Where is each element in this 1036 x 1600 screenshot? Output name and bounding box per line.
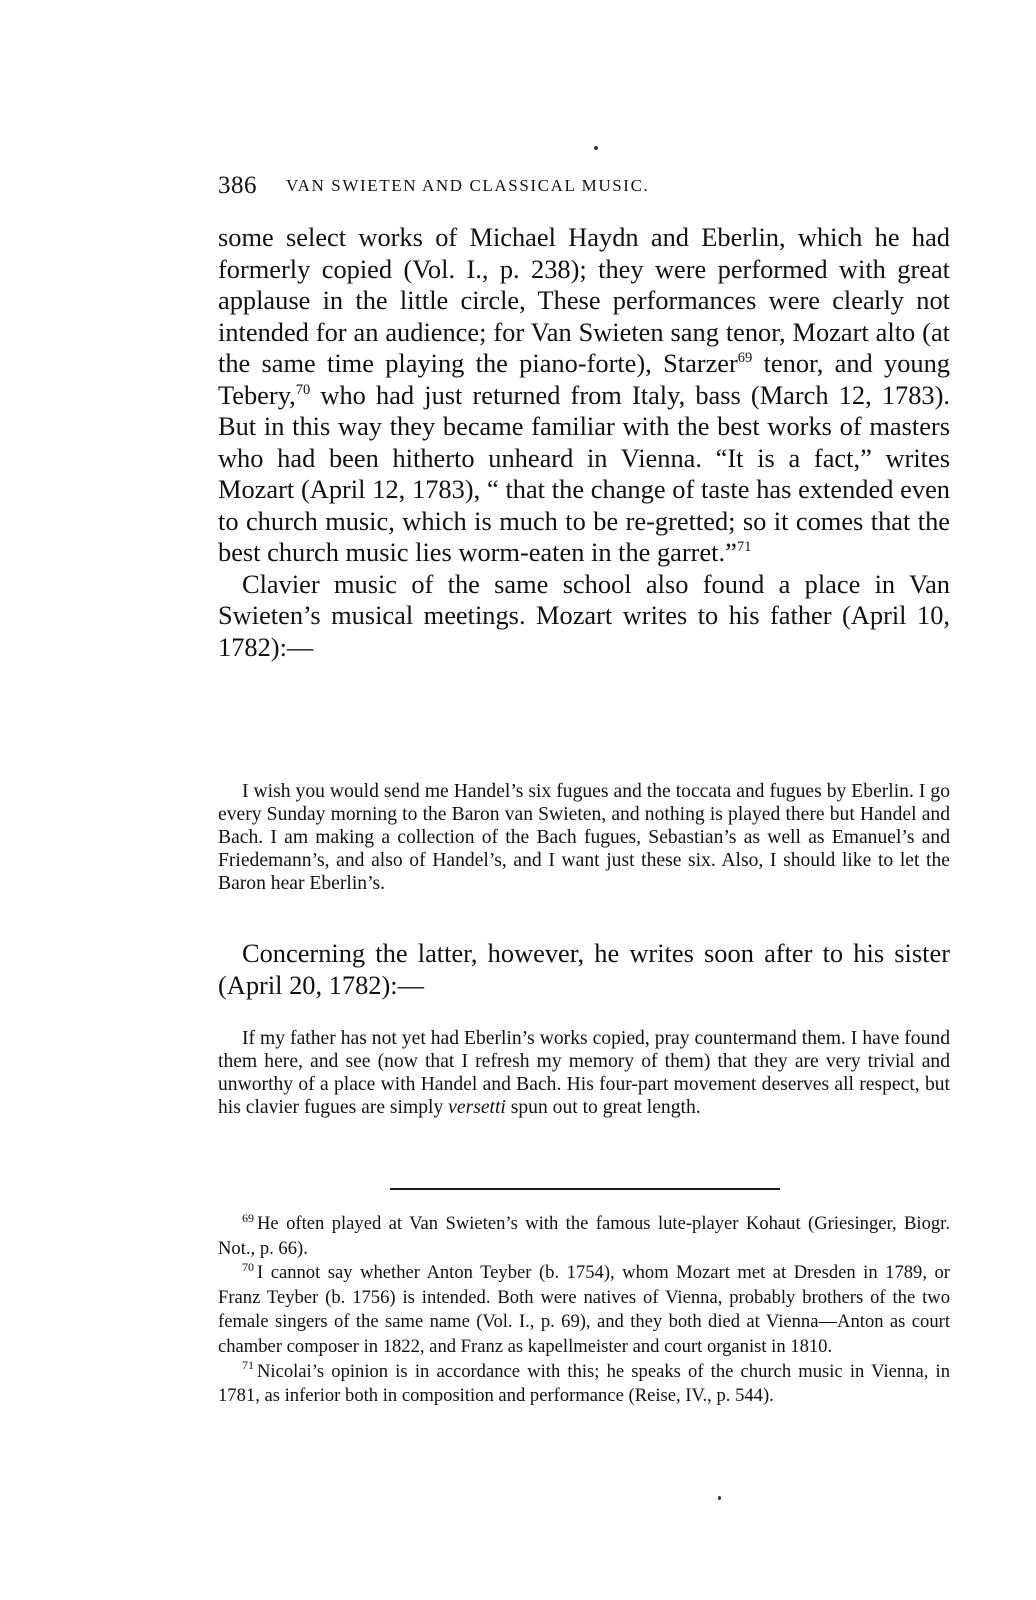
footnote-70: 70I cannot say whether Anton Teyber (b. … xyxy=(218,1261,950,1359)
scan-speck xyxy=(594,146,598,150)
footnote-divider xyxy=(390,1188,780,1190)
footnote-ref-70[interactable]: 70 xyxy=(296,382,311,398)
footnote-mark: 69 xyxy=(242,1211,254,1225)
footnote-mark: 70 xyxy=(242,1260,254,1274)
footnote-69: 69He often played at Van Swieten’s with … xyxy=(218,1212,950,1261)
block-quote-1: I wish you would send me Handel’s six fu… xyxy=(218,780,950,895)
paragraph-1: some select works of Michael Haydn and E… xyxy=(218,222,950,569)
paragraph-2: Clavier music of the same school also fo… xyxy=(218,569,950,664)
main-text: some select works of Michael Haydn and E… xyxy=(218,222,950,663)
italic-term: versetti xyxy=(448,1097,506,1118)
footnote-ref-71[interactable]: 71 xyxy=(737,539,752,555)
running-title: VAN SWIETEN AND CLASSICAL MUSIC. xyxy=(286,176,649,196)
footnotes: 69He often played at Van Swieten’s with … xyxy=(218,1212,950,1409)
running-head: 386 VAN SWIETEN AND CLASSICAL MUSIC. xyxy=(218,172,950,202)
paragraph-3: Concerning the latter, however, he write… xyxy=(218,938,950,1001)
footnote-71: 71Nicolai’s opinion is in accordance wit… xyxy=(218,1360,950,1409)
footnote-mark: 71 xyxy=(242,1358,254,1372)
block-quote-2: If my father has not yet had Eberlin’s w… xyxy=(218,1027,950,1119)
scan-speck xyxy=(718,1496,721,1500)
paragraph-3-block: Concerning the latter, however, he write… xyxy=(218,938,950,1001)
footnote-ref-69[interactable]: 69 xyxy=(738,350,753,366)
page-number: 386 xyxy=(218,172,257,200)
